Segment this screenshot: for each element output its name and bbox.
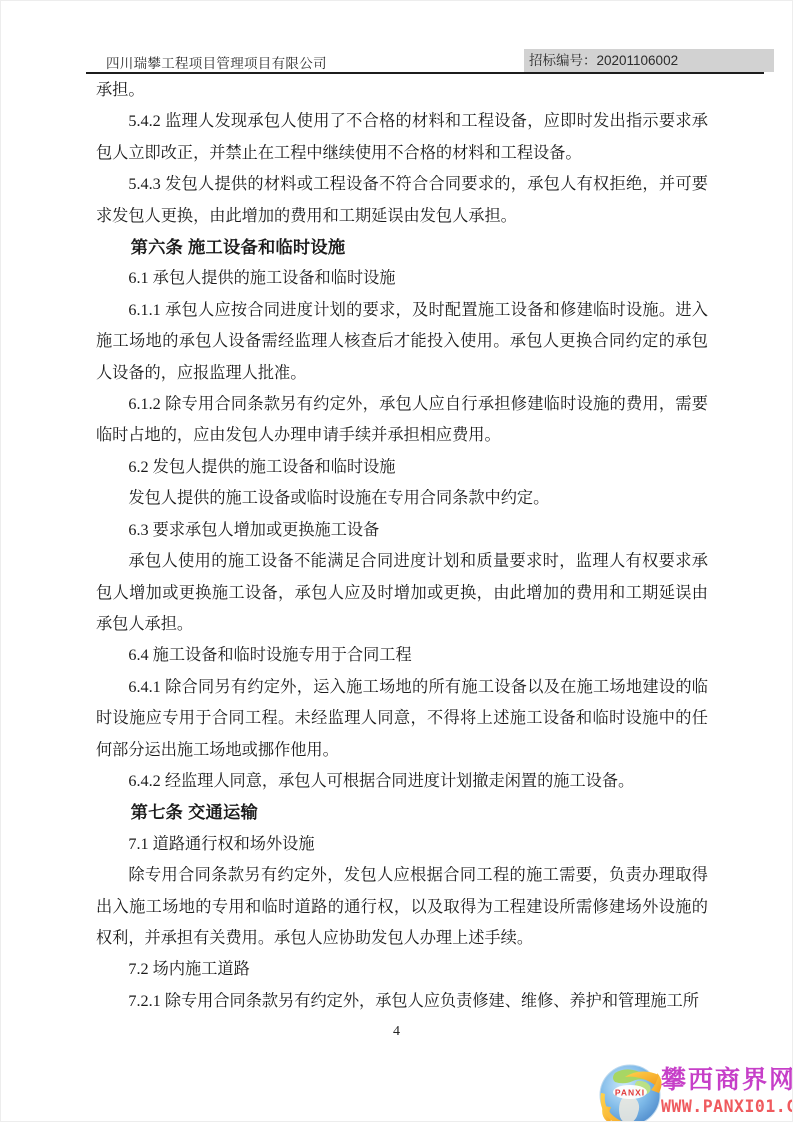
paragraph-continuation: 承担。 (96, 75, 708, 106)
section-heading-7: 第七条 交通运输 (96, 797, 708, 828)
bid-number-badge: 招标编号：20201106002 (524, 49, 774, 72)
page-number: 4 (1, 1024, 792, 1040)
header-divider (86, 72, 764, 74)
watermark-site-url: WWW.PANXI01.COM (661, 1097, 793, 1117)
watermark: PANXI 攀西商界网 WWW.PANXI01.COM (597, 1057, 793, 1122)
globe-logo-icon: PANXI (597, 1059, 663, 1122)
header-company-name: 四川瑞攀工程项目管理项目有限公司 (106, 52, 327, 72)
paragraph-7-2: 7.2 场内施工道路 (96, 954, 708, 985)
document-page: 四川瑞攀工程项目管理项目有限公司 招标编号：20201106002 承担。 5.… (0, 0, 793, 1122)
watermark-text-block: 攀西商界网 WWW.PANXI01.COM (661, 1057, 793, 1117)
paragraph-6-2-body: 发包人提供的施工设备或临时设施在专用合同条款中约定。 (96, 483, 708, 514)
paragraph-6-4: 6.4 施工设备和临时设施专用于合同工程 (96, 640, 708, 671)
paragraph-5-4-3: 5.4.3 发包人提供的材料或工程设备不符合合同要求的，承包人有权拒绝，并可要求… (96, 169, 708, 232)
paragraph-7-1-body: 除专用合同条款另有约定外，发包人应根据合同工程的施工需要，负责办理取得出入施工场… (96, 860, 708, 954)
globe-logo-text: PANXI (615, 1088, 645, 1098)
paragraph-7-2-1: 7.2.1 除专用合同条款另有约定外，承包人应负责修建、维修、养护和管理施工所 (96, 986, 708, 1017)
section-heading-6: 第六条 施工设备和临时设施 (96, 232, 708, 263)
document-body: 承担。 5.4.2 监理人发现承包人使用了不合格的材料和工程设备，应即时发出指示… (96, 75, 708, 1017)
watermark-site-name: 攀西商界网 (661, 1065, 793, 1095)
paragraph-6-4-1: 6.4.1 除合同另有约定外，运入施工场地的所有施工设备以及在施工场地建设的临时… (96, 672, 708, 766)
paragraph-7-1: 7.1 道路通行权和场外设施 (96, 829, 708, 860)
paragraph-5-4-2: 5.4.2 监理人发现承包人使用了不合格的材料和工程设备，应即时发出指示要求承包… (96, 106, 708, 169)
paragraph-6-2: 6.2 发包人提供的施工设备和临时设施 (96, 452, 708, 483)
paragraph-6-3-body: 承包人使用的施工设备不能满足合同进度计划和质量要求时，监理人有权要求承包人增加或… (96, 546, 708, 640)
paragraph-6-1-2: 6.1.2 除专用合同条款另有约定外，承包人应自行承担修建临时设施的费用，需要临… (96, 389, 708, 452)
paragraph-6-3: 6.3 要求承包人增加或更换施工设备 (96, 515, 708, 546)
paragraph-6-4-2: 6.4.2 经监理人同意，承包人可根据合同进度计划撤走闲置的施工设备。 (96, 766, 708, 797)
paragraph-6-1-1: 6.1.1 承包人应按合同进度计划的要求，及时配置施工设备和修建临时设施。进入施… (96, 295, 708, 389)
paragraph-6-1: 6.1 承包人提供的施工设备和临时设施 (96, 263, 708, 294)
